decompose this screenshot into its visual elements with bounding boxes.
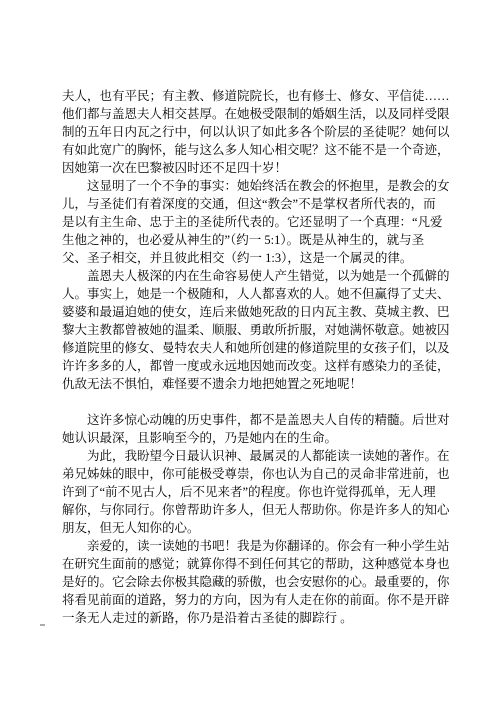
blank-line [62, 393, 442, 411]
text-line: 这显明了一个不争的事实：她始终活在教会的怀抱里，是教会的女 [62, 177, 442, 195]
text-line: 他们都与盖恩夫人相交甚厚。在她极受限制的婚姻生活，以及同样受限 [62, 105, 442, 123]
text-line: 许许多多的人，都曾一度或永远地因她而改变。这样有感染力的圣徒， [62, 357, 442, 375]
text-line: 盖恩夫人极深的内在生命容易使人产生错觉，以为她是一个孤僻的 [62, 267, 442, 285]
text-line: 制的五年日内瓦之行中，何以认识了如此多各个阶层的圣徒呢？她何以 [62, 123, 442, 141]
text-line: 因她第一次在巴黎被囚时还不足四十岁！ [62, 159, 442, 177]
document-page: 夫人，也有平民；有主教、修道院院长，也有修士、修女、平信徒…… 他们都与盖恩夫人… [0, 0, 501, 711]
text-line: 人。事实上，她是一个极随和，人人都喜欢的人。她不但赢得了丈夫、 [62, 285, 442, 303]
text-line: 亲爱的，读一读她的书吧！我是为你翻译的。你会有一种小学生站 [62, 537, 442, 555]
text-line: 在研究生面前的感觉；就算你得不到任何其它的帮助，这种感觉本身也 [62, 555, 442, 573]
text-line: 儿，与圣徒们有着深度的交通，但这“教会”不是掌权者所代表的，而 [62, 195, 442, 213]
text-line: 是好的。它会除去你极其隐藏的骄傲，也会安慰你的心。最重要的，你 [62, 573, 442, 591]
text-line: 解你，与你同行。你曾帮助许多人，但无人帮助你。你是许多人的知心 [62, 501, 442, 519]
stray-margin-mark [40, 624, 45, 626]
text-line: 夫人，也有平民；有主教、修道院院长，也有修士、修女、平信徒…… [62, 87, 442, 105]
text-line: 生他之神的，也必爱从神生的”（约一 5:1）。既是从神生的，就与圣 [62, 231, 442, 249]
text-line: 弟兄姊妹的眼中，你可能极受尊崇，你也认为自己的灵命非常进前，也 [62, 465, 442, 483]
text-line: 婆婆和最逼迫她的使女，连后来做她死敌的日内瓦主教、莫城主教、巴 [62, 303, 442, 321]
text-line: 朋友，但无人知你的心。 [62, 519, 442, 537]
text-line: 为此，我盼望今日最认识神、最属灵的人都能读一读她的著作。在 [62, 447, 442, 465]
body-text: 夫人，也有平民；有主教、修道院院长，也有修士、修女、平信徒…… 他们都与盖恩夫人… [62, 87, 442, 627]
text-line: 仇敌无法不惧怕，难怪要不遗余力地把她置之死地呢！ [62, 375, 442, 393]
text-line: 有如此宽广的胸怀，能与这么多人知心相交呢？这不能不是一个奇迹， [62, 141, 442, 159]
text-line: 修道院里的修女、曼特农夫人和她所创建的修道院里的女孩子们，以及 [62, 339, 442, 357]
text-line: 她认识最深，且影响至今的，乃是她内在的生命。 [62, 429, 442, 447]
text-line: 许到了“前不见古人，后不见来者”的程度。你也许觉得孤单，无人理 [62, 483, 442, 501]
text-line: 一条无人走过的新路，你乃是沿着古圣徒的脚踪行 。 [62, 609, 442, 627]
text-line: 父、圣子相交，并且彼此相交（约一 1:3），这是一个属灵的律。 [62, 249, 442, 267]
text-line: 黎大主教都曾被她的温柔、顺服、勇敢所折服，对她满怀敬意。她被囚 [62, 321, 442, 339]
text-line: 这许多惊心动魄的历史事件，都不是盖恩夫人自传的精髓。后世对 [62, 411, 442, 429]
text-line: 将看见前面的道路，努力的方向，因为有人走在你的前面。你不是开辟 [62, 591, 442, 609]
text-line: 是以有主生命、忠于主的圣徒所代表的。它还显明了一个真理：“凡爱 [62, 213, 442, 231]
